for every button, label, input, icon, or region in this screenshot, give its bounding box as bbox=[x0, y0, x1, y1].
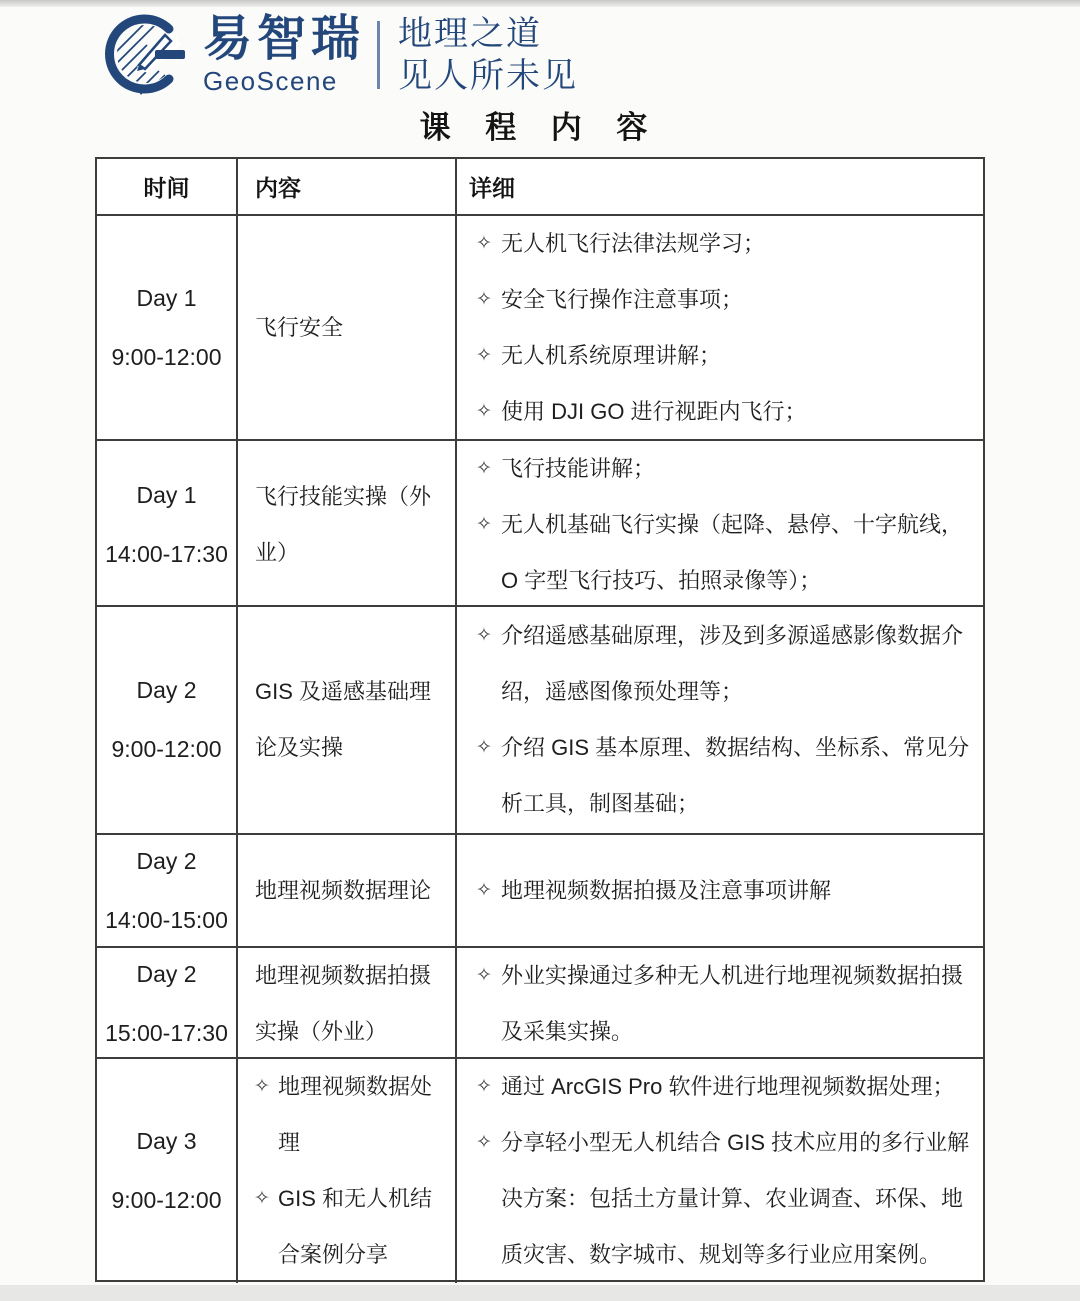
day-label: Day 2 bbox=[136, 677, 196, 704]
header-time: 时间 bbox=[97, 159, 236, 214]
table-row: Day 2 14:00-15:00 地理视频数据理论 ✧ 地理视频数据拍摄及注意… bbox=[97, 833, 983, 946]
detail-text: 无人机系统原理讲解； bbox=[501, 328, 971, 384]
detail-item: ✧ 介绍 GIS 基本原理、数据结构、坐标系、常见分析工具，制图基础； bbox=[467, 720, 971, 832]
table-row: Day 2 15:00-17:30 地理视频数据拍摄实操（外业） ✧ 外业实操通… bbox=[97, 946, 983, 1057]
detail-cell: ✧ 地理视频数据拍摄及注意事项讲解 bbox=[455, 835, 983, 946]
detail-text: 飞行技能讲解； bbox=[501, 441, 971, 497]
detail-item: ✧ 通过 ArcGIS Pro 软件进行地理视频数据处理； bbox=[467, 1059, 971, 1115]
detail-text: 外业实操通过多种无人机进行地理视频数据拍摄及采集实操。 bbox=[501, 948, 971, 1060]
detail-text: 通过 ArcGIS Pro 软件进行地理视频数据处理； bbox=[501, 1059, 971, 1115]
day-label: Day 3 bbox=[136, 1128, 196, 1155]
course-table: 时间 内容 详细 Day 1 9:00-12:00 飞行安全 ✧ 无人机飞行法律… bbox=[95, 157, 985, 1282]
detail-cell: ✧ 通过 ArcGIS Pro 软件进行地理视频数据处理； ✧ 分享轻小型无人机… bbox=[455, 1059, 983, 1283]
table-row: Day 3 9:00-12:00 ✧ 地理视频数据处理 ✧ GIS 和无人机结合… bbox=[97, 1057, 983, 1280]
time-cell: Day 1 14:00-17:30 bbox=[97, 441, 236, 609]
content-text: 飞行技能实操（外业） bbox=[255, 469, 446, 581]
diamond-bullet-icon: ✧ bbox=[246, 1059, 278, 1171]
table-row: Day 1 14:00-17:30 飞行技能实操（外业） ✧ 飞行技能讲解； ✧… bbox=[97, 439, 983, 605]
day-label: Day 2 bbox=[136, 961, 196, 988]
diamond-bullet-icon: ✧ bbox=[467, 384, 501, 440]
time-label: 14:00-17:30 bbox=[105, 541, 228, 568]
brand-slogan: 地理之道 见人所未见 bbox=[398, 13, 578, 97]
detail-item: ✧ 外业实操通过多种无人机进行地理视频数据拍摄及采集实操。 bbox=[467, 948, 971, 1060]
detail-text: 介绍遥感基础原理，涉及到多源遥感影像数据介绍，遥感图像预处理等； bbox=[501, 608, 971, 720]
time-cell: Day 2 9:00-12:00 bbox=[97, 607, 236, 833]
detail-text: 无人机飞行法律法规学习； bbox=[501, 216, 971, 272]
brand-slogan-line1: 地理之道 bbox=[398, 13, 578, 55]
content-cell: ✧ 地理视频数据处理 ✧ GIS 和无人机结合案例分享 bbox=[236, 1059, 455, 1283]
time-label: 9:00-12:00 bbox=[112, 1187, 222, 1214]
detail-text: 无人机基础飞行实操（起降、悬停、十字航线，O 字型飞行技巧、拍照录像等）； bbox=[501, 497, 971, 609]
detail-text: 介绍 GIS 基本原理、数据结构、坐标系、常见分析工具，制图基础； bbox=[501, 720, 971, 832]
content-text: GIS 和无人机结合案例分享 bbox=[278, 1171, 449, 1283]
day-label: Day 1 bbox=[136, 482, 196, 509]
detail-text: 分享轻小型无人机结合 GIS 技术应用的多行业解决方案：包括土方量计算、农业调查… bbox=[501, 1115, 971, 1283]
diamond-bullet-icon: ✧ bbox=[467, 948, 501, 1060]
time-cell: Day 2 15:00-17:30 bbox=[97, 948, 236, 1060]
time-label: 9:00-12:00 bbox=[112, 344, 222, 371]
brand-divider bbox=[377, 21, 380, 89]
detail-item: ✧ 安全飞行操作注意事项； bbox=[467, 272, 971, 328]
table-row: Day 1 9:00-12:00 飞行安全 ✧ 无人机飞行法律法规学习； ✧ 安… bbox=[97, 214, 983, 439]
bottom-photo-edge bbox=[0, 1285, 1080, 1301]
detail-item: ✧ 无人机系统原理讲解； bbox=[467, 328, 971, 384]
table-row: Day 2 9:00-12:00 GIS 及遥感基础理论及实操 ✧ 介绍遥感基础… bbox=[97, 605, 983, 833]
detail-item: ✧ 飞行技能讲解； bbox=[467, 441, 971, 497]
brand-name-cn: 易智瑞 bbox=[203, 13, 365, 65]
header-content: 内容 bbox=[236, 159, 455, 214]
brand-slogan-line2: 见人所未见 bbox=[398, 55, 578, 97]
content-text: 地理视频数据拍摄实操（外业） bbox=[255, 948, 446, 1060]
brand-names: 易智瑞 GeoScene bbox=[203, 13, 365, 97]
diamond-bullet-icon: ✧ bbox=[467, 863, 501, 919]
content-text: 地理视频数据理论 bbox=[255, 863, 446, 919]
content-item: ✧ 地理视频数据处理 bbox=[246, 1059, 449, 1171]
detail-cell: ✧ 介绍遥感基础原理，涉及到多源遥感影像数据介绍，遥感图像预处理等； ✧ 介绍 … bbox=[455, 607, 983, 833]
time-cell: Day 1 9:00-12:00 bbox=[97, 216, 236, 440]
geoscene-logo-icon bbox=[103, 11, 189, 99]
time-label: 9:00-12:00 bbox=[112, 736, 222, 763]
day-label: Day 2 bbox=[136, 848, 196, 875]
detail-text: 安全飞行操作注意事项； bbox=[501, 272, 971, 328]
diamond-bullet-icon: ✧ bbox=[467, 441, 501, 497]
detail-item: ✧ 地理视频数据拍摄及注意事项讲解 bbox=[467, 863, 971, 919]
content-text: 飞行安全 bbox=[255, 300, 446, 356]
time-label: 15:00-17:30 bbox=[105, 1020, 228, 1047]
detail-cell: ✧ 飞行技能讲解； ✧ 无人机基础飞行实操（起降、悬停、十字航线，O 字型飞行技… bbox=[455, 441, 983, 609]
time-label: 14:00-15:00 bbox=[105, 907, 228, 934]
detail-item: ✧ 无人机飞行法律法规学习； bbox=[467, 216, 971, 272]
detail-cell: ✧ 外业实操通过多种无人机进行地理视频数据拍摄及采集实操。 bbox=[455, 948, 983, 1060]
diamond-bullet-icon: ✧ bbox=[467, 328, 501, 384]
day-label: Day 1 bbox=[136, 285, 196, 312]
detail-cell: ✧ 无人机飞行法律法规学习； ✧ 安全飞行操作注意事项； ✧ 无人机系统原理讲解… bbox=[455, 216, 983, 440]
content-cell: 飞行安全 bbox=[236, 216, 455, 440]
diamond-bullet-icon: ✧ bbox=[467, 720, 501, 832]
brand-name-en: GeoScene bbox=[203, 66, 365, 97]
detail-text: 地理视频数据拍摄及注意事项讲解 bbox=[501, 863, 971, 919]
content-text: 地理视频数据处理 bbox=[278, 1059, 449, 1171]
detail-text: 使用 DJI GO 进行视距内飞行； bbox=[501, 384, 971, 440]
detail-item: ✧ 使用 DJI GO 进行视距内飞行； bbox=[467, 384, 971, 440]
content-text: GIS 及遥感基础理论及实操 bbox=[255, 664, 446, 776]
time-cell: Day 2 14:00-15:00 bbox=[97, 835, 236, 946]
detail-item: ✧ 介绍遥感基础原理，涉及到多源遥感影像数据介绍，遥感图像预处理等； bbox=[467, 608, 971, 720]
top-photo-edge bbox=[0, 0, 1080, 7]
time-cell: Day 3 9:00-12:00 bbox=[97, 1059, 236, 1283]
header-detail: 详细 bbox=[455, 159, 983, 214]
diamond-bullet-icon: ✧ bbox=[467, 1059, 501, 1115]
detail-item: ✧ 分享轻小型无人机结合 GIS 技术应用的多行业解决方案：包括土方量计算、农业… bbox=[467, 1115, 971, 1283]
content-cell: 飞行技能实操（外业） bbox=[236, 441, 455, 609]
detail-item: ✧ 无人机基础飞行实操（起降、悬停、十字航线，O 字型飞行技巧、拍照录像等）； bbox=[467, 497, 971, 609]
diamond-bullet-icon: ✧ bbox=[467, 608, 501, 720]
diamond-bullet-icon: ✧ bbox=[467, 272, 501, 328]
content-item: ✧ GIS 和无人机结合案例分享 bbox=[246, 1171, 449, 1283]
diamond-bullet-icon: ✧ bbox=[467, 1115, 501, 1283]
page-title: 课 程 内 容 bbox=[0, 102, 1080, 147]
content-cell: 地理视频数据拍摄实操（外业） bbox=[236, 948, 455, 1060]
table-header-row: 时间 内容 详细 bbox=[97, 159, 983, 214]
diamond-bullet-icon: ✧ bbox=[467, 216, 501, 272]
diamond-bullet-icon: ✧ bbox=[467, 497, 501, 609]
diamond-bullet-icon: ✧ bbox=[246, 1171, 278, 1283]
brand-header: 易智瑞 GeoScene 地理之道 见人所未见 bbox=[0, 0, 1080, 100]
content-cell: 地理视频数据理论 bbox=[236, 835, 455, 946]
content-cell: GIS 及遥感基础理论及实操 bbox=[236, 607, 455, 833]
